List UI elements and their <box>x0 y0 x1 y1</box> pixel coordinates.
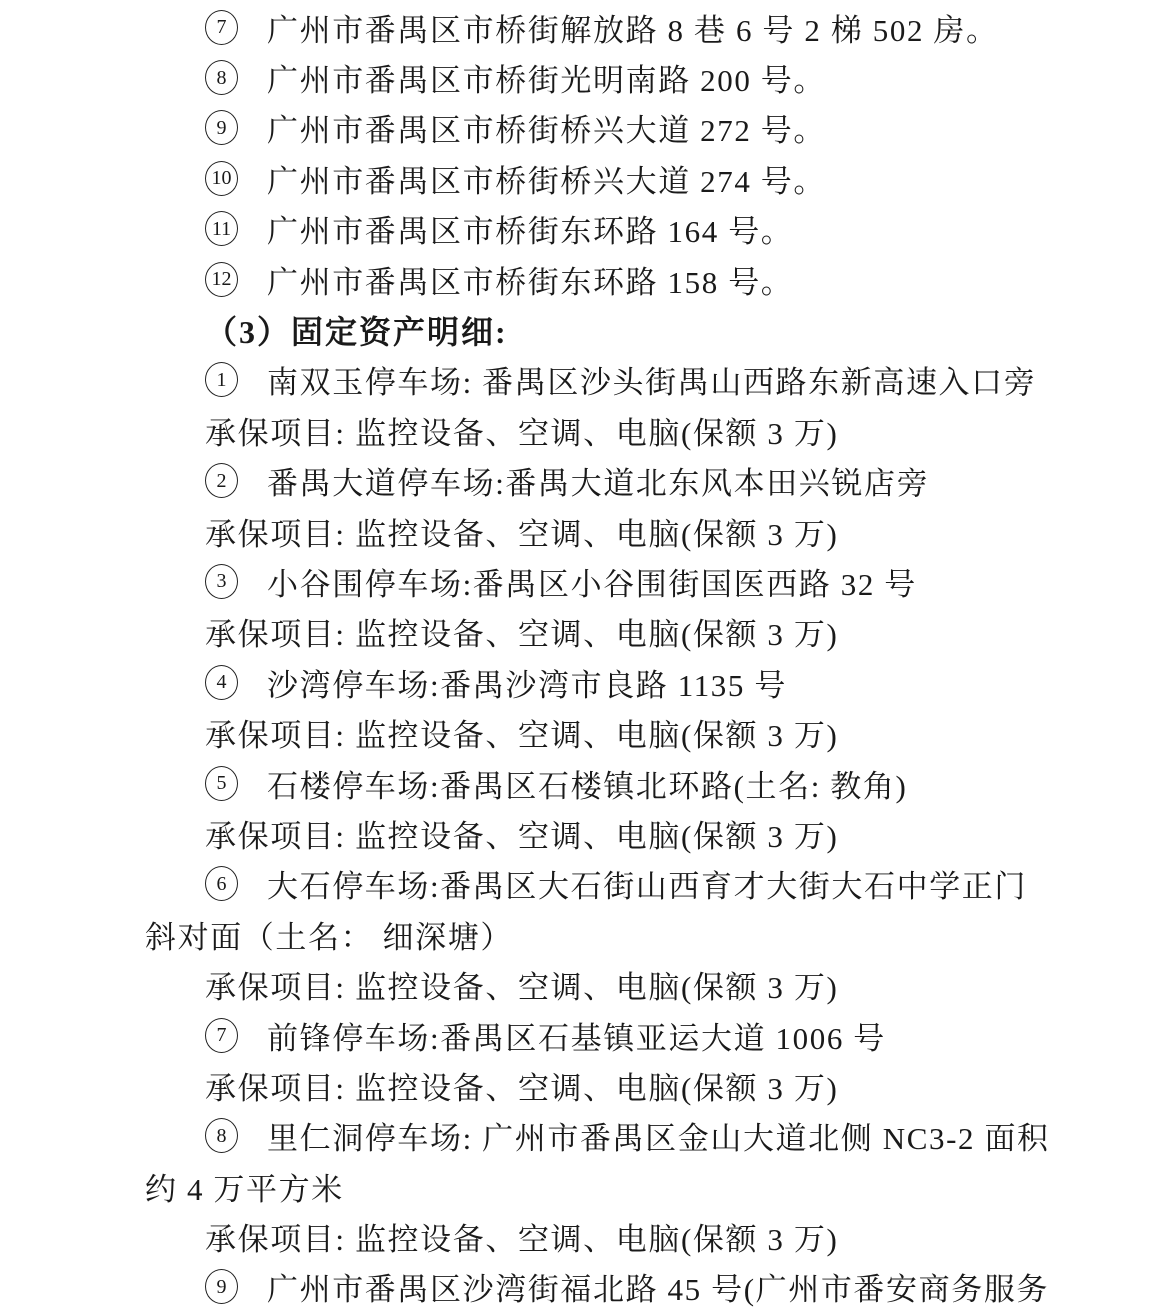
asset-item: 1 南双玉停车场: 番禺区沙头街禺山西路东新高速入口旁 <box>0 355 1158 405</box>
coverage-text: 承保项目: 监控设备、空调、电脑(保额 3 万) <box>205 811 838 856</box>
asset-title: 小谷围停车场:番禺区小谷围街国医西路 32 号 <box>267 559 917 604</box>
list-item: 8 广州市番禺区市桥街光明南路 200 号。 <box>0 52 1158 102</box>
list-item: 11 广州市番禺区市桥街东环路 164 号。 <box>0 204 1158 254</box>
coverage-text: 承保项目: 监控设备、空调、电脑(保额 3 万) <box>205 710 838 755</box>
circled-number: 7 <box>205 1018 238 1053</box>
coverage-text: 承保项目: 监控设备、空调、电脑(保额 3 万) <box>205 609 838 654</box>
asset-title: 番禺大道停车场:番禺大道北东风本田兴锐店旁 <box>267 458 929 503</box>
address-text: 广州市番禺区市桥街桥兴大道 274 号。 <box>267 156 826 201</box>
circled-number: 9 <box>205 1269 238 1304</box>
section-heading: （3）固定资产明细: <box>0 304 1158 354</box>
asset-item: 8 里仁洞停车场: 广州市番禺区金山大道北侧 NC3-2 面积 <box>0 1111 1158 1161</box>
circled-number: 12 <box>205 262 238 297</box>
asset-title: 沙湾停车场:番禺沙湾市良路 1135 号 <box>267 660 787 705</box>
continuation-line: 斜对面（土名： 细深塘） <box>0 909 1158 959</box>
circled-number: 5 <box>205 766 238 801</box>
coverage-text: 承保项目: 监控设备、空调、电脑(保额 3 万) <box>205 1214 838 1259</box>
asset-item: 5 石楼停车场:番禺区石楼镇北环路(土名: 教角) <box>0 758 1158 808</box>
coverage-text: 承保项目: 监控设备、空调、电脑(保额 3 万) <box>205 962 838 1007</box>
circled-number: 7 <box>205 10 238 45</box>
list-item: 9 广州市番禺区市桥街桥兴大道 272 号。 <box>0 103 1158 153</box>
circled-number: 9 <box>205 110 238 145</box>
address-text: 广州市番禺区市桥街东环路 164 号。 <box>267 206 793 251</box>
circled-number: 8 <box>205 1118 238 1153</box>
circled-number: 8 <box>205 60 238 95</box>
coverage-line: 承保项目: 监控设备、空调、电脑(保额 3 万) <box>0 1060 1158 1110</box>
continuation-line: 约 4 万平方米 <box>0 1161 1158 1211</box>
asset-title: 石楼停车场:番禺区石楼镇北环路(土名: 教角) <box>267 761 907 806</box>
circled-number: 10 <box>205 161 238 196</box>
coverage-text: 承保项目: 监控设备、空调、电脑(保额 3 万) <box>205 408 838 453</box>
coverage-line: 承保项目: 监控设备、空调、电脑(保额 3 万) <box>0 707 1158 757</box>
coverage-line: 承保项目: 监控设备、空调、电脑(保额 3 万) <box>0 506 1158 556</box>
circled-number: 1 <box>205 362 238 397</box>
document-page: 7 广州市番禺区市桥街解放路 8 巷 6 号 2 梯 502 房。 8 广州市番… <box>0 0 1158 1311</box>
asset-title: 广州市番禺区沙湾街福北路 45 号(广州市番安商务服务 <box>267 1264 1049 1309</box>
coverage-line: 承保项目: 监控设备、空调、电脑(保额 3 万) <box>0 607 1158 657</box>
asset-title: 大石停车场:番禺区大石街山西育才大街大石中学正门 <box>267 861 1027 906</box>
coverage-text: 承保项目: 监控设备、空调、电脑(保额 3 万) <box>205 1063 838 1108</box>
circled-number: 2 <box>205 463 238 498</box>
circled-number: 4 <box>205 665 238 700</box>
asset-title: 南双玉停车场: 番禺区沙头街禺山西路东新高速入口旁 <box>267 357 1036 402</box>
circled-number: 3 <box>205 564 238 599</box>
circled-number: 11 <box>205 211 238 246</box>
asset-item: 2 番禺大道停车场:番禺大道北东风本田兴锐店旁 <box>0 456 1158 506</box>
list-item: 10 广州市番禺区市桥街桥兴大道 274 号。 <box>0 153 1158 203</box>
asset-item: 4 沙湾停车场:番禺沙湾市良路 1135 号 <box>0 657 1158 707</box>
asset-title-continuation: 约 4 万平方米 <box>145 1164 344 1209</box>
circled-number: 6 <box>205 866 238 901</box>
asset-title: 里仁洞停车场: 广州市番禺区金山大道北侧 NC3-2 面积 <box>267 1113 1050 1158</box>
asset-item: 6 大石停车场:番禺区大石街山西育才大街大石中学正门 <box>0 859 1158 909</box>
asset-item: 3 小谷围停车场:番禺区小谷围街国医西路 32 号 <box>0 556 1158 606</box>
coverage-line: 承保项目: 监控设备、空调、电脑(保额 3 万) <box>0 1211 1158 1261</box>
asset-item: 9 广州市番禺区沙湾街福北路 45 号(广州市番安商务服务 <box>0 1262 1158 1311</box>
coverage-text: 承保项目: 监控设备、空调、电脑(保额 3 万) <box>205 509 838 554</box>
asset-item: 7 前锋停车场:番禺区石基镇亚运大道 1006 号 <box>0 1010 1158 1060</box>
list-item: 7 广州市番禺区市桥街解放路 8 巷 6 号 2 梯 502 房。 <box>0 2 1158 52</box>
address-text: 广州市番禺区市桥街东环路 158 号。 <box>267 257 793 302</box>
asset-title: 前锋停车场:番禺区石基镇亚运大道 1006 号 <box>267 1013 886 1058</box>
address-text: 广州市番禺区市桥街解放路 8 巷 6 号 2 梯 502 房。 <box>267 5 999 50</box>
list-item: 12 广州市番禺区市桥街东环路 158 号。 <box>0 254 1158 304</box>
address-text: 广州市番禺区市桥街桥兴大道 272 号。 <box>267 105 826 150</box>
coverage-line: 承保项目: 监控设备、空调、电脑(保额 3 万) <box>0 959 1158 1009</box>
coverage-line: 承保项目: 监控设备、空调、电脑(保额 3 万) <box>0 405 1158 455</box>
asset-title-continuation: 斜对面（土名： 细深塘） <box>145 912 513 957</box>
section-heading-text: （3）固定资产明细: <box>205 307 508 353</box>
address-text: 广州市番禺区市桥街光明南路 200 号。 <box>267 55 826 100</box>
coverage-line: 承保项目: 监控设备、空调、电脑(保额 3 万) <box>0 808 1158 858</box>
